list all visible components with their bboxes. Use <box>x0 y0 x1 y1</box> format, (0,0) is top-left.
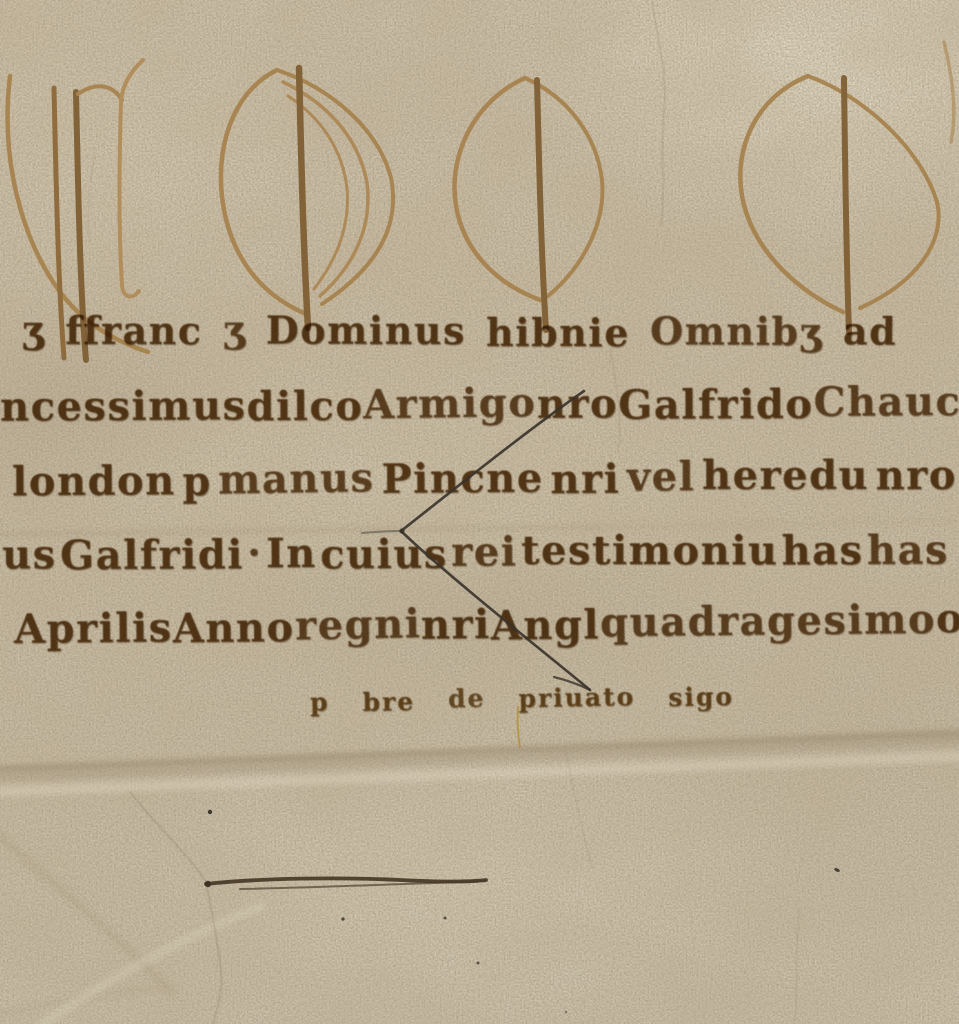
manuscript-word: p <box>182 458 212 505</box>
manuscript-word: regni <box>294 600 421 649</box>
manuscript-word: us <box>2 531 57 578</box>
manuscript-word: testimoniu <box>521 527 779 574</box>
cadel-flourish-3 <box>454 78 602 330</box>
manuscript-word: ʒ <box>22 306 45 351</box>
manuscript-word: ad <box>843 308 898 354</box>
manuscript-word: dilco <box>246 383 363 431</box>
parchment-blotches <box>0 0 959 1024</box>
ink-line-mark <box>205 878 486 889</box>
manuscript-word: p <box>310 687 330 716</box>
manuscript-line-3: londonpmanusPincnenrivelheredunro <box>12 452 957 506</box>
manuscript-word: quadragesimo <box>600 596 937 647</box>
cadel-flourish-4 <box>740 42 954 332</box>
manuscript-word: Galfrido <box>618 381 814 429</box>
manuscript-line-2: ncessimusdilcoArmigonroGalfridoChaucer <box>0 378 957 430</box>
parchment-texture-layer <box>0 0 959 1024</box>
manuscript-word: ffranc <box>65 308 202 353</box>
fold-crease-lines <box>0 521 959 1024</box>
manuscript-word: ʒ <box>222 306 245 351</box>
endorsement-descender-stroke <box>518 706 520 748</box>
manuscript-endorsement-line: pbredepriuatosigo <box>310 680 734 716</box>
ink-specks <box>208 810 841 1013</box>
manuscript-word: ncessimus <box>0 382 247 430</box>
manuscript-word: vel <box>627 453 696 500</box>
manuscript-word: manus <box>218 454 375 503</box>
manuscript-word: o <box>936 595 959 642</box>
cadel-flourish-2 <box>221 68 393 328</box>
manuscript-word: has <box>781 527 863 574</box>
manuscript-word: sigo <box>668 682 734 712</box>
manuscript-line-1: ʒffrancʒDominushibnieOmnibʒad <box>22 306 897 354</box>
surface-marks-layer <box>0 0 959 1024</box>
manuscript-word: rei <box>451 528 517 575</box>
parchment-cracks <box>88 2 800 1024</box>
manuscript-line-5: AprilisAnnoregninriAnglquadragesimoo <box>14 596 949 653</box>
manuscript-word: Omnibʒ <box>650 308 823 354</box>
manuscript-word: bre <box>362 687 415 717</box>
manuscript-word: Armigo <box>363 379 537 428</box>
manuscript-word: nro <box>875 452 957 500</box>
manuscript-word: Galfridi <box>60 531 244 579</box>
manuscript-word: Pincne <box>381 455 544 503</box>
manuscript-word: Chaucer <box>813 378 959 426</box>
manuscript-word: heredu <box>702 452 869 499</box>
manuscript-word: de <box>448 683 486 713</box>
cadel-flourish-1 <box>8 60 148 360</box>
manuscript-word: Anno <box>172 604 294 652</box>
parchment-grain <box>0 0 959 1024</box>
manuscript-word: nri <box>421 601 491 649</box>
manuscript-word: · <box>247 529 263 576</box>
manuscript-word: hibnie <box>486 310 630 356</box>
manuscript-word: Aprilis <box>14 604 173 653</box>
manuscript-word: Angl <box>490 601 600 649</box>
manuscript-line-4: usGalfridi·Incuiusreitestimoniuhashas <box>2 527 949 579</box>
scratch-chevron-mark <box>362 391 590 690</box>
manuscript-word: nri <box>550 456 620 503</box>
manuscript-word: london <box>12 457 176 505</box>
manuscript-word: Dominus <box>266 307 466 353</box>
manuscript-word: has <box>867 527 949 574</box>
manuscript-word: In <box>266 530 317 577</box>
manuscript-word: cuius <box>320 531 448 579</box>
manuscript-word: nro <box>537 380 619 427</box>
manuscript-word: priuato <box>518 682 635 713</box>
parchment-photo: ʒffrancʒDominushibnieOmnibʒad ncessimusd… <box>0 0 959 1024</box>
